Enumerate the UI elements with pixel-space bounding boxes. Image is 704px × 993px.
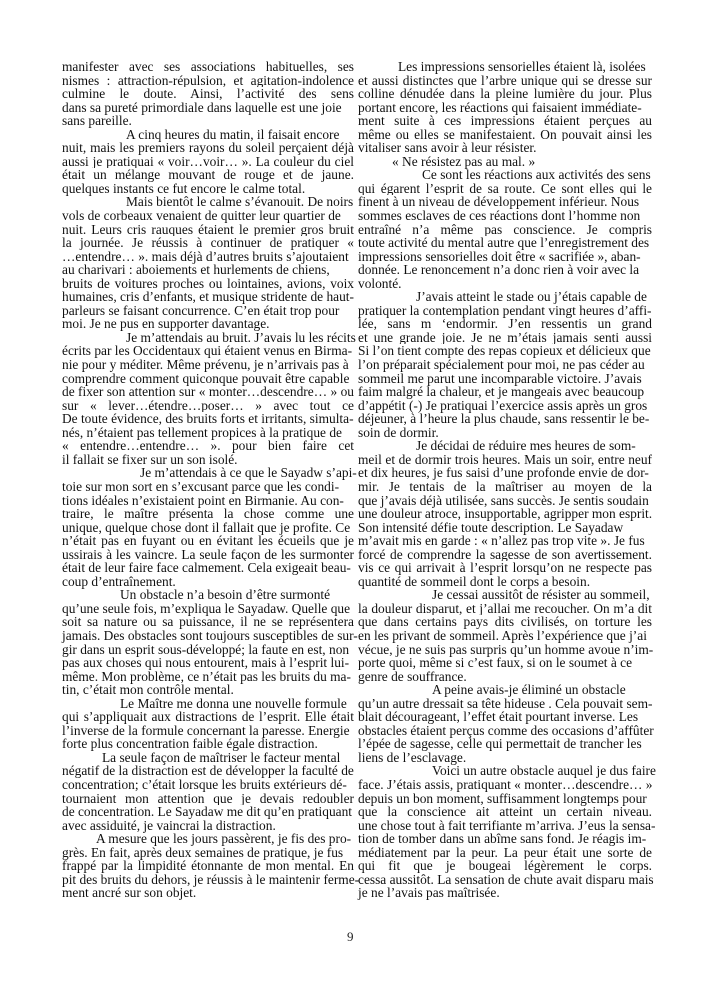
paragraph-first-line: Ce sont les réactions aux activités des …: [358, 168, 652, 182]
text-line: qu’une seule fois, m’expliqua le Sayadaw…: [62, 602, 354, 616]
text-line: Son intensité défie toute description. L…: [358, 521, 652, 535]
text-line: faim malgré la chaleur, et je mangeais a…: [358, 385, 652, 399]
text-line: manifester avec ses associations habitue…: [62, 60, 354, 74]
text-line: traire, le maître présenta la chose comm…: [62, 507, 354, 521]
text-line: frappé par la limpidité étonnante de mon…: [62, 859, 354, 873]
text-line: soit sa nature ou sa puissance, il ne se…: [62, 615, 354, 629]
text-line: tin, c’était mon contrôle mental.: [62, 683, 354, 697]
text-line: culmine le doute. Ainsi, l’activité des …: [62, 87, 354, 101]
text-line: ussirais à les vaincre. La seule façon d…: [62, 548, 354, 562]
text-line: finent à un niveau de développement infé…: [358, 195, 652, 209]
text-line: pas aux choses qui nous entourent, mais …: [62, 656, 354, 670]
text-line: meil et de dormir trois heures. Mais un …: [358, 453, 652, 467]
text-line: forcé de comprendre la sagesse de son av…: [358, 548, 652, 562]
text-line: entraîné n’a même pas conscience. Je com…: [358, 223, 652, 237]
left-text-column: manifester avec ses associations habitue…: [62, 60, 354, 900]
paragraph-first-line: « Ne résistez pas au mal. »: [358, 155, 652, 169]
page-number: 9: [347, 929, 354, 945]
text-line: genre de souffrance.: [358, 670, 652, 684]
text-line: de concentration. Le Sayadaw me dit qu’e…: [62, 805, 354, 819]
text-line: même. Mon problème, ce n’était pas les b…: [62, 670, 354, 684]
paragraph-first-line: Je décidai de réduire mes heures de som-: [358, 439, 652, 453]
text-line: face. J’étais assis, pratiquant « monter…: [358, 778, 652, 792]
text-line: déjeuner, à l’heure la plus chaude, sans…: [358, 412, 652, 426]
text-line: toie sur mon sort en s’excusant parce qu…: [62, 480, 354, 494]
text-line: qui égarent l’esprit de sa route. Ce son…: [358, 182, 652, 196]
text-line: une douleur atroce, insupportable, agrip…: [358, 507, 652, 521]
text-line: pit des bruits du dehors, je réussis à l…: [62, 873, 354, 887]
text-line: porte quoi, même si c’est faux, si on le…: [358, 656, 652, 670]
text-line: qui s’appliquait aux distractions de l’e…: [62, 710, 354, 724]
paragraph-first-line: Un obstacle n’a besoin d’être surmonté: [62, 588, 354, 602]
text-line: humaines, cris d’enfants, et musique str…: [62, 290, 354, 304]
text-line: bruits de voitures proches ou lointaines…: [62, 277, 354, 291]
text-line: écrits par les Occidentaux qui étaient v…: [62, 344, 354, 358]
text-line: De toute évidence, des bruits forts et i…: [62, 412, 354, 426]
paragraph-first-line: La seule façon de maîtriser le facteur m…: [62, 751, 354, 765]
text-line: en les privant de sommeil. Après l’expér…: [358, 629, 652, 643]
text-line: Si l’on tient compte des repas copieux e…: [358, 344, 652, 358]
text-line: que j’avais déjà utilisée, sans succès. …: [358, 494, 652, 508]
text-line: qui fit que je bougeai légèrement le cor…: [358, 859, 652, 873]
text-line: lée, sans m ‘endormir. J’en ressentis un…: [358, 317, 652, 331]
paragraph-first-line: Voici un autre obstacle auquel je dus fa…: [358, 764, 652, 778]
text-line: vécue, je ne suis pas surpris qu’un homm…: [358, 643, 652, 657]
text-line: « entendre…entendre… ». pour bien faire …: [62, 439, 354, 453]
text-line: comprendre comment quiconque pouvait êtr…: [62, 372, 354, 386]
right-text-column: Les impressions sensorielles étaient là,…: [358, 60, 652, 900]
text-line: que la conscience ait atteint un certain…: [358, 805, 652, 819]
text-line: donnée. Le renoncement n’a donc rien à v…: [358, 263, 652, 277]
text-line: l’épée de sagesse, celle qui permettait …: [358, 737, 652, 751]
text-line: n’était pas en fuyant ou en évitant les …: [62, 534, 354, 548]
text-line: je ne l’avais pas maîtrisée.: [358, 886, 652, 900]
text-line: cessa aussitôt. La sensation de chute av…: [358, 873, 652, 887]
text-line: blait décourageant, l’effet était pourta…: [358, 710, 652, 724]
text-line: était un mélange mouvant de rouge et de …: [62, 168, 354, 182]
text-line: d’appétit (-) Je pratiquai l’exercice as…: [358, 399, 652, 413]
text-line: obstacles étaient perçus comme des occas…: [358, 724, 652, 738]
text-line: de fixer son attention sur « monter…desc…: [62, 385, 354, 399]
text-line: soin de dormir.: [358, 426, 652, 440]
text-line: ment suite à ces impressions étaient per…: [358, 114, 652, 128]
text-line: depuis un bon moment, suffisamment longt…: [358, 792, 652, 806]
text-line: l’on préparait spécialement pour moi, ne…: [358, 358, 652, 372]
text-line: …entendre… ». mais déjà d’autres bruits …: [62, 250, 354, 264]
paragraph-first-line: Je m’attendais à ce que le Sayadw s’api-: [62, 466, 354, 480]
paragraph-first-line: Mais bientôt le calme s’évanouit. De noi…: [62, 195, 354, 209]
text-line: tions idéales n’existaient point en Birm…: [62, 494, 354, 508]
text-line: une chose tout à fait terrifiante m’arri…: [358, 819, 652, 833]
text-line: liens de l’esclavage.: [358, 751, 652, 765]
text-line: au charivari : aboiements et hurlements …: [62, 263, 354, 277]
document-page: manifester avec ses associations habitue…: [0, 0, 704, 993]
paragraph-first-line: A cinq heures du matin, il faisait encor…: [62, 128, 354, 142]
text-line: coup d’entraînement.: [62, 575, 354, 589]
text-line: quantité de sommeil dont le corps a beso…: [358, 575, 652, 589]
paragraph-first-line: Je m’attendais au bruit. J’avais lu les …: [62, 331, 354, 345]
text-line: pratiquer la contemplation pendant vingt…: [358, 304, 652, 318]
text-line: m’avait mis en garde : « n’allez pas tro…: [358, 534, 652, 548]
text-line: et aussi distinctes que l’arbre unique q…: [358, 74, 652, 88]
text-line: tion de tomber dans un abîme sans fond. …: [358, 832, 652, 846]
text-line: vis ce qui arrivait à l’esprit lorsqu’on…: [358, 561, 652, 575]
text-line: vols de corbeaux venaient de quitter leu…: [62, 209, 354, 223]
text-line: avec assiduité, je vaincrai la distracti…: [62, 819, 354, 833]
text-line: ment ancré sur son objet.: [62, 886, 354, 900]
text-line: vitaliser sans avoir à leur résister.: [358, 141, 652, 155]
text-line: impressions sensorielles doit être « sac…: [358, 250, 652, 264]
text-line: jamais. Des obstacles sont toujours susc…: [62, 629, 354, 643]
text-line: nés, n’étaient pas tellement propices à …: [62, 426, 354, 440]
text-line: mir. Je tentais de la maîtriser au moyen…: [358, 480, 652, 494]
text-line: sommes esclaves de ces réactions dont l’…: [358, 209, 652, 223]
text-line: négatif de la distraction est de dévelop…: [62, 764, 354, 778]
paragraph-first-line: J’avais atteint le stade ou j’étais capa…: [358, 290, 652, 304]
text-line: grès. En fait, après deux semaines de pr…: [62, 846, 354, 860]
text-line: sommeil me parut une incomparable victoi…: [358, 372, 652, 386]
paragraph-first-line: Le Maître me donna une nouvelle formule: [62, 697, 354, 711]
text-line: sans pareille.: [62, 114, 354, 128]
text-line: la douleur disparut, et j’allai me recou…: [358, 602, 652, 616]
text-line: tournaient mon attention que je devais r…: [62, 792, 354, 806]
text-line: portant encore, les réactions qui faisai…: [358, 101, 652, 115]
text-line: nie pour y méditer. Même prévenu, je n’a…: [62, 358, 354, 372]
text-line: colline dénudée dans la pleine lumière d…: [358, 87, 652, 101]
text-line: nuit, mais les premiers rayons du soleil…: [62, 141, 354, 155]
text-line: volonté.: [358, 277, 652, 291]
paragraph-first-line: Je cessai aussitôt de résister au sommei…: [358, 588, 652, 602]
text-line: toute activité du mental autre que l’enr…: [358, 236, 652, 250]
text-line: médiatement par la peur. La peur était u…: [358, 846, 652, 860]
text-line: sur « lever…étendre…poser… » avec tout c…: [62, 399, 354, 413]
text-line: était de leur faire face calmement. Cela…: [62, 561, 354, 575]
text-line: dans sa pureté primordiale dans laquelle…: [62, 101, 354, 115]
text-line: quelques instants ce fut encore le calme…: [62, 182, 354, 196]
text-line: l’inverse de la formule concernant la pa…: [62, 724, 354, 738]
text-line: gir dans un esprit sous-développé; la fa…: [62, 643, 354, 657]
paragraph-first-line: Les impressions sensorielles étaient là,…: [358, 60, 652, 74]
text-line: aussi je pratiquai « voir…voir… ». La co…: [62, 155, 354, 169]
text-line: moi. Je ne pus en supporter davantage.: [62, 317, 354, 331]
text-line: qu’un autre dressait sa tête hideuse . C…: [358, 697, 652, 711]
text-line: parleurs se faisant concurrence. C’en ét…: [62, 304, 354, 318]
text-line: unique, quelque chose dont il fallait qu…: [62, 521, 354, 535]
text-line: forte plus concentration faible égale di…: [62, 737, 354, 751]
text-line: et dix heures, je fus saisi d’une profon…: [358, 466, 652, 480]
text-line: la journée. Je réussis à continuer de pr…: [62, 236, 354, 250]
paragraph-first-line: A mesure que les jours passèrent, je fis…: [62, 832, 354, 846]
text-line: même ou elles se manifestaient. On pouva…: [358, 128, 652, 142]
text-line: que dans certains pays dits civilisés, o…: [358, 615, 652, 629]
text-line: nismes : attraction-répulsion, et agitat…: [62, 74, 354, 88]
paragraph-first-line: A peine avais-je éliminé un obstacle: [358, 683, 652, 697]
text-line: il fallait se fixer sur un son isolé.: [62, 453, 354, 467]
text-line: concentration; c’était lorsque les bruit…: [62, 778, 354, 792]
text-line: nuit. Leurs cris rauques étaient le prem…: [62, 223, 354, 237]
text-line: et une grande joie. Je ne m’étais jamais…: [358, 331, 652, 345]
